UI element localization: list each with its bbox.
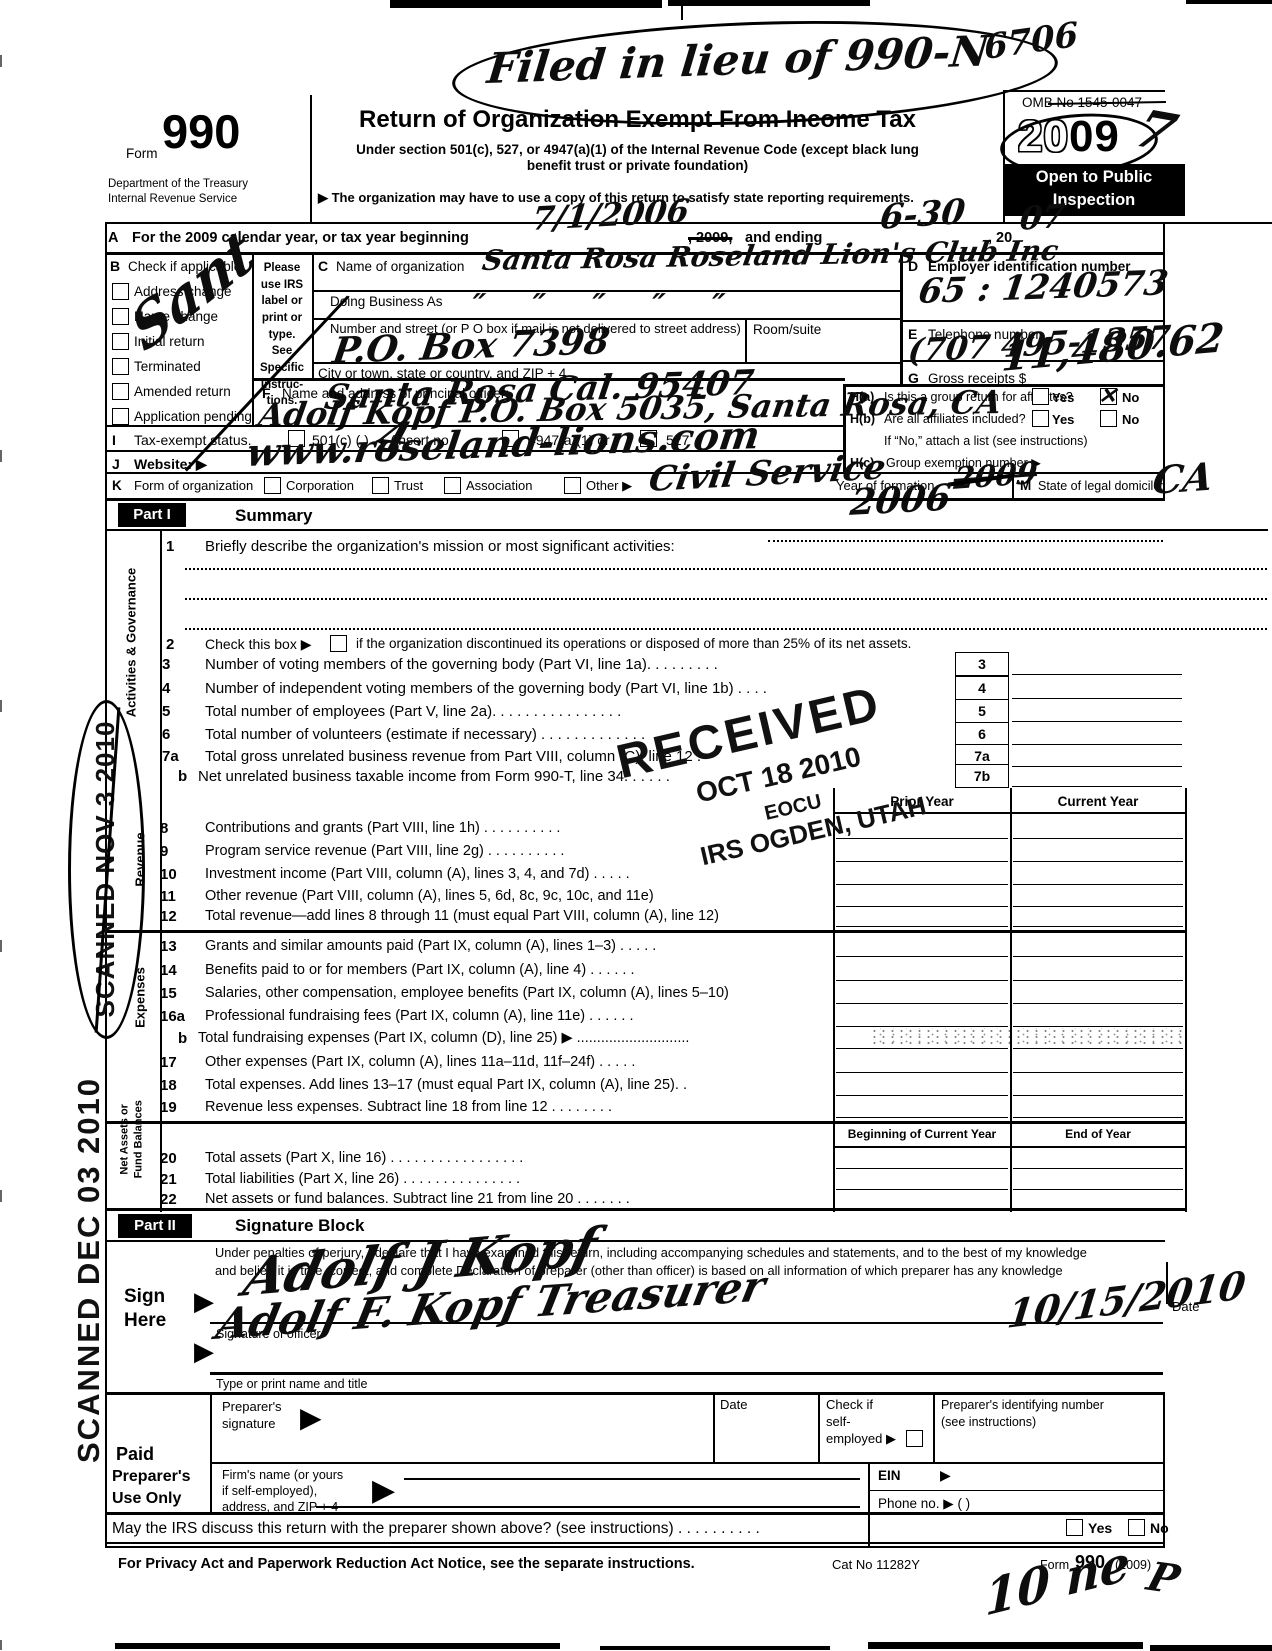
rule <box>1012 472 1014 498</box>
ha-no-label: No <box>1122 390 1139 405</box>
summary-col1-field[interactable] <box>836 934 1008 957</box>
line-k-letter: K <box>112 478 122 493</box>
part2-tag: Part II <box>118 1214 192 1238</box>
summary-row-num: 13 <box>160 938 177 955</box>
hb-letter: H(b) <box>850 412 875 426</box>
summary-row-label: Number of independent voting members of … <box>205 680 767 697</box>
hb-yes-label: Yes <box>1052 412 1074 427</box>
ha-yes-label: Yes <box>1052 390 1074 405</box>
preparer-date-label: Date <box>720 1398 747 1413</box>
scan-artifact <box>0 700 2 712</box>
subtitle-1: Under section 501(c), 527, or 4947(a)(1)… <box>315 142 960 157</box>
summary-col2-field[interactable] <box>1013 904 1183 927</box>
summary-row-num: 7a <box>162 748 179 765</box>
label-amended-return: Amended return <box>134 384 231 400</box>
rule <box>105 1208 1186 1211</box>
box-g-letter: G <box>908 370 919 386</box>
rule <box>833 788 835 1212</box>
firm-address-field[interactable] <box>316 1486 860 1508</box>
summary-value-field[interactable] <box>1012 764 1182 787</box>
room-suite-label: Room/suite <box>753 322 821 338</box>
rule <box>868 1490 1164 1491</box>
summary-row-label: Contributions and grants (Part VIII, lin… <box>205 820 560 837</box>
line2-num: 2 <box>166 636 174 653</box>
rule <box>933 1392 935 1462</box>
line-m-letter: M <box>1020 478 1031 493</box>
summary-col2-field[interactable] <box>1013 862 1183 885</box>
rule <box>745 318 747 362</box>
part2-title: Signature Block <box>235 1216 364 1236</box>
sign-here-label-1: Sign <box>124 1286 165 1308</box>
write-line[interactable] <box>185 568 1267 570</box>
ein-arrow-icon: ▶ <box>940 1468 951 1482</box>
domicile-label: State of legal domicile: <box>1038 479 1164 493</box>
summary-col2-field[interactable] <box>1013 1050 1183 1073</box>
summary-row-label: Total number of employees (Part V, line … <box>205 703 621 720</box>
summary-row-num: 22 <box>160 1191 177 1208</box>
tax-exempt-status-label: Tax-exempt status. <box>134 432 252 448</box>
scan-artifact <box>0 55 2 67</box>
scan-artifact <box>600 1646 830 1650</box>
rule <box>105 1392 1165 1395</box>
line2-label-b: if the organization discontinued its ope… <box>356 636 911 652</box>
summary-value-field[interactable] <box>1012 676 1182 699</box>
scanned-nov-stamp: SCANNED NOV 3 2010 <box>68 699 146 1039</box>
summary-row-num: b <box>178 1030 187 1047</box>
col-header-beginning-year: Beginning of Current Year <box>836 1127 1008 1141</box>
label-corporation: Corporation <box>286 479 354 494</box>
rule <box>105 1546 1165 1548</box>
scan-artifact <box>681 4 683 20</box>
summary-row-num: 5 <box>162 703 170 720</box>
rule <box>105 930 1186 933</box>
bottom-right-note: 10 ne <box>985 1534 1130 1628</box>
ha-no-checkbox[interactable]: ✕ <box>1100 388 1117 405</box>
line2-checkbox[interactable] <box>330 635 347 652</box>
preparer-signature-field[interactable] <box>340 1400 710 1440</box>
checkbox-application-pending[interactable] <box>112 408 129 425</box>
summary-row-num: 4 <box>162 680 170 697</box>
domicile-value: CA <box>1150 453 1216 503</box>
self-employed-checkbox[interactable] <box>906 1430 923 1447</box>
part1-title: Summary <box>235 506 312 526</box>
summary-col2-field[interactable] <box>1013 839 1183 862</box>
form-number: 990 <box>162 104 240 159</box>
preparer-signature-label-1: Preparer's <box>222 1400 282 1415</box>
checkbox-amended-return[interactable] <box>112 383 129 400</box>
line2-label-a: Check this box ▶ <box>205 636 311 652</box>
summary-row-num: 18 <box>160 1077 177 1094</box>
summary-row-num: 15 <box>160 985 177 1002</box>
ha-letter: H(a) <box>850 390 874 404</box>
firm-name-label-2: if self-employed), <box>222 1484 317 1498</box>
summary-row-label: Benefits paid to or for members (Part IX… <box>205 962 635 979</box>
summary-col2-field[interactable] <box>1013 1073 1183 1096</box>
subtitle-2: benefit trust or private foundation) <box>315 158 960 173</box>
summary-line-number-box: 5 <box>955 699 1009 723</box>
hb-yes-checkbox[interactable] <box>1032 410 1049 427</box>
gross-receipts-value: 11,480.62 <box>1000 314 1226 381</box>
rule <box>105 1512 1165 1515</box>
page-title: Return of Organization Exempt From Incom… <box>315 106 960 134</box>
summary-row-label: Other expenses (Part IX, column (A), lin… <box>205 1054 635 1071</box>
summary-col2-field[interactable] <box>1013 981 1183 1004</box>
scan-artifact <box>0 1190 2 1202</box>
discuss-no-checkbox[interactable] <box>1128 1519 1145 1536</box>
summary-row-label: Professional fundraising fees (Part IX, … <box>205 1008 633 1025</box>
preparer-signature-label-2: signature <box>222 1417 275 1432</box>
tax-year-begin-value: 7/1/2006 <box>530 191 691 238</box>
summary-row-num: 17 <box>160 1054 177 1071</box>
summary-col1-field[interactable] <box>836 839 1008 862</box>
summary-col1-field[interactable] <box>836 1050 1008 1073</box>
summary-row-label: Grants and similar amounts paid (Part IX… <box>205 938 656 955</box>
rule <box>312 255 314 378</box>
box-d-letter: D <box>908 258 918 274</box>
write-line[interactable] <box>185 598 1267 600</box>
summary-row-num: 10 <box>160 866 177 883</box>
rule <box>210 1392 212 1512</box>
scan-artifact <box>0 1640 2 1650</box>
summary-col1-field[interactable] <box>836 1187 1008 1210</box>
scan-artifact <box>0 450 2 462</box>
summary-row-num: 21 <box>160 1171 177 1188</box>
scan-artifact <box>1150 1645 1272 1651</box>
line-i-letter: I <box>112 432 116 448</box>
summary-row-label: Total liabilities (Part X, line 26) . . … <box>205 1171 520 1188</box>
rule <box>1010 788 1012 1212</box>
label-other: Other ▶ <box>586 479 632 494</box>
checkbox-other[interactable] <box>564 477 581 494</box>
discuss-yes-label: Yes <box>1088 1520 1112 1536</box>
rule <box>105 1542 1165 1544</box>
check-if-label-3: employed ▶ <box>826 1432 896 1447</box>
summary-row-num: 12 <box>160 908 177 925</box>
form-990-scanned-page: Filed in lieu of 990-N 6706 Form 990 Dep… <box>0 0 1272 1651</box>
summary-row-num: b <box>178 768 187 785</box>
summary-row-num: 3 <box>162 656 170 673</box>
discuss-question: May the IRS discuss this return with the… <box>112 1520 760 1538</box>
col-header-current-year: Current Year <box>1013 794 1183 809</box>
summary-col1-field[interactable] <box>836 862 1008 885</box>
ein-field[interactable] <box>965 1462 1160 1488</box>
street-value: P.O. Box 7398 <box>330 320 612 372</box>
summary-col1-field[interactable] <box>836 1146 1008 1169</box>
line-j-letter: J <box>112 456 120 472</box>
paid-label: Paid <box>116 1444 154 1465</box>
check-if-label-1: Check if <box>826 1398 873 1413</box>
type-print-label: Type or print name and title <box>216 1377 367 1391</box>
preparer-id-label-2: (see instructions) <box>941 1415 1036 1429</box>
rule <box>105 1240 1165 1242</box>
open-to-public-1: Open to Public <box>1003 166 1185 189</box>
form-word: Form <box>126 146 158 162</box>
summary-col1-field[interactable] <box>836 1004 1008 1027</box>
checkbox-terminated[interactable] <box>112 358 129 375</box>
website-label: Website: ▶ <box>134 456 207 473</box>
checkbox-address-change[interactable] <box>112 283 129 300</box>
checkbox-association[interactable] <box>444 477 461 494</box>
ha-yes-checkbox[interactable] <box>1032 388 1049 405</box>
hb-no-checkbox[interactable] <box>1100 410 1117 427</box>
hb-note: If “No,” attach a list (see instructions… <box>884 434 1088 448</box>
phone-field-label: Phone no. ▶ ( ) <box>878 1496 970 1512</box>
label-terminated: Terminated <box>134 359 201 375</box>
ein-field-label: EIN <box>878 1468 901 1483</box>
preparer-signature-arrow-icon: ▶ <box>300 1404 322 1432</box>
summary-col2-field[interactable] <box>1013 816 1183 839</box>
sidebar-net-assets: Net Assets orFund Balances <box>118 1084 147 1194</box>
tax-year-end-yy: 07 <box>1018 197 1066 238</box>
summary-value-field[interactable] <box>1012 722 1182 745</box>
discuss-yes-checkbox[interactable] <box>1066 1519 1083 1536</box>
firm-name-label-1: Firm's name (or yours <box>222 1468 343 1482</box>
summary-col1-field[interactable] <box>836 981 1008 1004</box>
scan-artifact <box>668 0 870 6</box>
summary-col1-field[interactable] <box>836 1073 1008 1096</box>
summary-col1-field[interactable] <box>836 1095 1008 1118</box>
catalog-number: Cat No 11282Y <box>832 1558 920 1573</box>
summary-row-label: Net unrelated business taxable income fr… <box>198 768 670 785</box>
preparer-id-label-1: Preparer's identifying number <box>941 1398 1104 1412</box>
summary-row-num: 9 <box>160 843 168 860</box>
org-type-label: Form of organization <box>134 479 253 494</box>
rule <box>105 498 1165 501</box>
checkbox-trust[interactable] <box>372 477 389 494</box>
summary-col2-field[interactable] <box>1013 934 1183 957</box>
summary-row-num: 6 <box>162 726 170 743</box>
summary-row-label: Investment income (Part VIII, column (A)… <box>205 866 630 883</box>
line1-num: 1 <box>166 538 174 555</box>
dba-ditto-marks: ″ ″ ″ ″ ″ <box>470 288 744 323</box>
scanned-dec-stamp: SCANNED DEC 03 2010 <box>71 1083 113 1463</box>
summary-row-label: Program service revenue (Part VIII, line… <box>205 843 564 860</box>
label-association: Association <box>466 479 532 494</box>
box-c-letter: C <box>318 258 328 274</box>
summary-row-label: Total assets (Part X, line 16) . . . . .… <box>205 1150 523 1167</box>
ha-no-x-mark: ✕ <box>1097 383 1118 409</box>
summary-row-label: Number of voting members of the governin… <box>205 656 718 673</box>
summary-col1-field[interactable] <box>836 958 1008 981</box>
sign-arrow-icon: ▶ <box>194 1338 214 1364</box>
summary-row-num: 19 <box>160 1099 177 1116</box>
line1-label: Briefly describe the organization's miss… <box>205 538 675 555</box>
checkbox-corporation[interactable] <box>264 477 281 494</box>
scan-artifact <box>868 1642 1143 1649</box>
rule <box>105 1121 1186 1124</box>
rule <box>1003 90 1165 92</box>
discuss-no-label: No <box>1150 1520 1169 1536</box>
summary-row-num: 14 <box>160 962 177 979</box>
summary-col2-field[interactable] <box>1013 1004 1183 1027</box>
summary-row-num: 11 <box>160 888 176 905</box>
summary-row-num: 8 <box>160 820 168 837</box>
summary-col1-field[interactable] <box>836 904 1008 927</box>
col-header-end-of-year: End of Year <box>1013 1127 1183 1141</box>
summary-row-label: Total number of volunteers (estimate if … <box>205 726 645 743</box>
rule <box>310 95 312 222</box>
check-if-label-2: self- <box>826 1415 851 1430</box>
firm-name-field[interactable] <box>404 1458 860 1480</box>
line-a-text1: For the 2009 calendar year, or tax year … <box>132 230 469 246</box>
preparers-label: Preparer's <box>112 1468 191 1486</box>
label-trust: Trust <box>394 479 423 494</box>
scan-artifact <box>0 940 2 952</box>
write-line[interactable] <box>185 628 1267 630</box>
box-b-letter: B <box>110 258 120 274</box>
summary-line-number-box: 3 <box>955 652 1009 676</box>
checkbox-initial-return[interactable] <box>112 333 129 350</box>
summary-row-label: Revenue less expenses. Subtract line 18 … <box>205 1099 612 1116</box>
scan-artifact <box>1186 0 1272 4</box>
rule <box>105 529 1268 531</box>
summary-col2-field[interactable] <box>1013 1187 1183 1210</box>
part1-tag: Part I <box>118 503 186 527</box>
summary-line-number-box: 4 <box>955 676 1009 700</box>
name-title-line[interactable] <box>210 1372 1163 1375</box>
summary-row-label: Salaries, other compensation, employee b… <box>205 985 729 1002</box>
use-only-label: Use Only <box>112 1490 181 1508</box>
rule <box>833 1146 1186 1148</box>
line-a-letter: A <box>108 230 118 246</box>
dept-line-1: Department of the Treasury <box>108 178 248 191</box>
summary-row-label: Total revenue—add lines 8 through 11 (mu… <box>205 908 719 925</box>
rule <box>105 222 1272 224</box>
summary-row-num: 20 <box>160 1150 177 1167</box>
hb-no-label: No <box>1122 412 1139 427</box>
sign-arrow-icon: ▶ <box>194 1288 214 1314</box>
dba-label: Doing Business As <box>330 294 443 310</box>
summary-col2-field[interactable] <box>1013 958 1183 981</box>
summary-value-field[interactable] <box>1012 699 1182 722</box>
write-line[interactable] <box>768 540 1163 542</box>
dept-line-2: Internal Revenue Service <box>108 193 237 206</box>
summary-col2-field[interactable] <box>1013 1095 1183 1118</box>
summary-row-num: 16a <box>160 1008 185 1025</box>
top-right-code: 6706 <box>984 15 1079 68</box>
summary-row-label: Total fundraising expenses (Part IX, col… <box>198 1030 689 1047</box>
scan-artifact <box>390 0 662 8</box>
rule <box>868 1462 870 1548</box>
tax-year-end-value: 6-30 <box>878 192 967 238</box>
shaded-cell <box>870 1028 1183 1047</box>
privacy-notice: For Privacy Act and Paperwork Reduction … <box>118 1556 695 1572</box>
scan-artifact <box>115 1643 560 1649</box>
summary-col2-field[interactable] <box>1013 1146 1183 1169</box>
rule <box>713 1392 715 1462</box>
hb-text: Are all affiliates included? <box>884 412 1026 426</box>
sign-here-label-2: Here <box>124 1310 166 1332</box>
rule <box>1185 788 1187 1212</box>
summary-row-label: Other revenue (Part VIII, column (A), li… <box>205 888 654 905</box>
summary-line-number-box: 6 <box>955 722 1009 746</box>
rule <box>818 1392 820 1462</box>
org-name-label: Name of organization <box>336 259 464 275</box>
summary-row-label: Net assets or fund balances. Subtract li… <box>205 1191 630 1208</box>
summary-row-label: Total expenses. Add lines 13–17 (must eq… <box>205 1077 687 1094</box>
summary-line-number-box: 7b <box>955 764 1009 788</box>
ein-value: 65 : 1240573 <box>916 263 1171 312</box>
summary-value-field[interactable] <box>1012 652 1182 675</box>
